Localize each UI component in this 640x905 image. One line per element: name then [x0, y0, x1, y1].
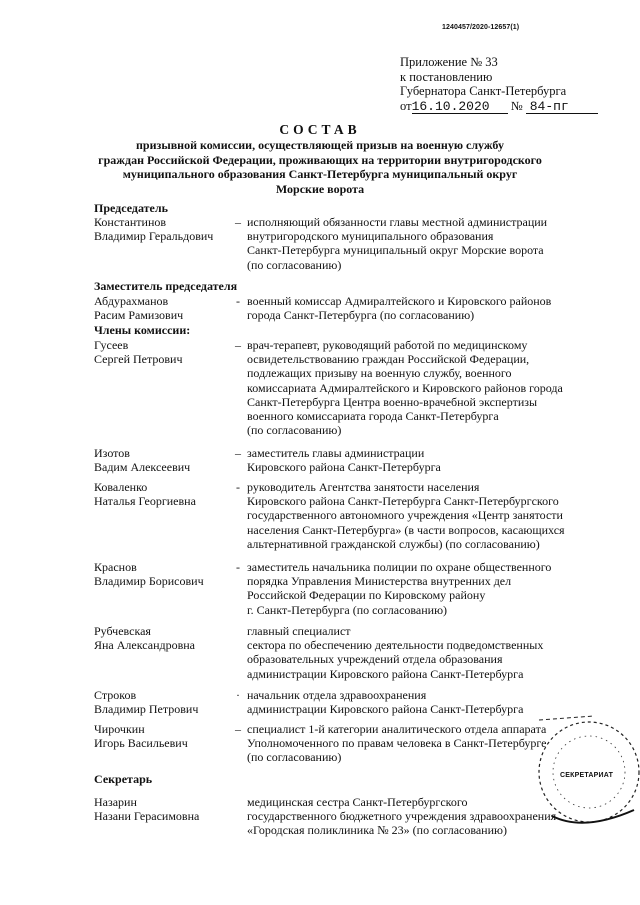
- position-line: освидетельствованию граждан Российской Ф…: [247, 352, 607, 366]
- appendix-reference: к постановлению: [400, 70, 598, 85]
- member-name: Рубчевская Яна Александровна: [94, 624, 234, 652]
- member-given-name: Сергей Петрович: [94, 352, 234, 366]
- section-deputy: Заместитель председателя: [94, 279, 237, 294]
- position-line: внутригородского муниципального образова…: [247, 229, 607, 243]
- member-position: главный специалист сектора по обеспечени…: [247, 624, 607, 681]
- member-position: руководитель Агентства занятости населен…: [247, 480, 607, 551]
- member-surname: Абдурахманов: [94, 294, 234, 308]
- document-id: 1240457/2020-12657(1): [442, 24, 519, 31]
- title-line-2: граждан Российской Федерации, проживающи…: [90, 153, 550, 168]
- position-line: исполняющий обязанности главы местной ад…: [247, 215, 607, 229]
- position-line: военного комиссариата города Санкт-Петер…: [247, 409, 607, 423]
- appendix-date-line: от16.10.2020 № 84-пг: [400, 99, 598, 114]
- member-position: военный комиссар Адмиралтейского и Киров…: [247, 294, 607, 322]
- position-line: Кировского района Санкт-Петербурга: [247, 460, 607, 474]
- position-line: Санкт-Петербурга Центра военно-врачебной…: [247, 395, 607, 409]
- dash-separator: -: [234, 294, 242, 308]
- dash-separator: –: [234, 722, 242, 736]
- member-name: Краснов Владимир Борисович: [94, 560, 234, 588]
- document-page: 1240457/2020-12657(1) Приложение № 33 к …: [0, 0, 640, 905]
- title-line-4: Морские ворота: [90, 182, 550, 197]
- seal-stamp-icon: [534, 712, 640, 830]
- position-line: администрации Кировского района Санкт-Пе…: [247, 667, 607, 681]
- position-line: Санкт-Петербурга муниципальный округ Мор…: [247, 243, 607, 257]
- member-given-name: Игорь Васильевич: [94, 736, 234, 750]
- position-line: Кировского района Санкт-Петербурга Санкт…: [247, 494, 607, 508]
- member-position: заместитель начальника полиции по охране…: [247, 560, 607, 617]
- member-surname: Чирочкин: [94, 722, 234, 736]
- member-surname: Константинов: [94, 215, 234, 229]
- member-surname: Гусеев: [94, 338, 234, 352]
- position-line: государственного автономного учреждения …: [247, 508, 607, 522]
- member-position: исполняющий обязанности главы местной ад…: [247, 215, 607, 272]
- dash-separator: -: [234, 560, 242, 574]
- dash-separator: -: [234, 480, 242, 494]
- position-line: альтернативной гражданской службы) (по с…: [247, 537, 607, 551]
- member-given-name: Владимир Петрович: [94, 702, 234, 716]
- appendix-authority: Губернатора Санкт-Петербурга: [400, 84, 598, 99]
- position-line: начальник отдела здравоохранения: [247, 688, 607, 702]
- position-line: порядка Управления Министерства внутренн…: [247, 574, 607, 588]
- position-line: образовательных учреждений отдела образо…: [247, 652, 607, 666]
- date-prefix: от: [400, 99, 412, 113]
- member-given-name: Владимир Геральдович: [94, 229, 234, 243]
- dash-separator: ·: [234, 688, 242, 702]
- member-name: Константинов Владимир Геральдович: [94, 215, 234, 243]
- member-given-name: Назани Герасимовна: [94, 809, 234, 823]
- member-given-name: Вадим Алексеевич: [94, 460, 234, 474]
- position-line: (по согласованию): [247, 258, 607, 272]
- position-line: города Санкт-Петербурга (по согласованию…: [247, 308, 607, 322]
- position-line: сектора по обеспечению деятельности подв…: [247, 638, 607, 652]
- position-line: врач-терапевт, руководящий работой по ме…: [247, 338, 607, 352]
- member-surname: Краснов: [94, 560, 234, 574]
- member-surname: Строков: [94, 688, 234, 702]
- position-line: заместитель главы администрации: [247, 446, 607, 460]
- member-surname: Изотов: [94, 446, 234, 460]
- member-position: врач-терапевт, руководящий работой по ме…: [247, 338, 607, 437]
- member-surname: Рубчевская: [94, 624, 234, 638]
- position-line: Российской Федерации по Кировскому район…: [247, 588, 607, 602]
- member-name: Абдурахманов Расим Рамизович: [94, 294, 234, 322]
- title-main: СОСТАВ: [90, 121, 550, 138]
- member-name: Строков Владимир Петрович: [94, 688, 234, 716]
- position-line: военный комиссар Адмиралтейского и Киров…: [247, 294, 607, 308]
- member-name: Назарин Назани Герасимовна: [94, 795, 234, 823]
- member-name: Коваленко Наталья Георгиевна: [94, 480, 234, 508]
- section-chairman: Председатель: [94, 201, 168, 216]
- title-line-3: муниципального образования Санкт-Петербу…: [90, 167, 550, 182]
- number-prefix: №: [511, 99, 523, 113]
- stamp-label: СЕКРЕТАРИАТ: [560, 772, 613, 779]
- member-surname: Коваленко: [94, 480, 234, 494]
- position-line: руководитель Агентства занятости населен…: [247, 480, 607, 494]
- title-line-1: призывной комиссии, осуществляющей призы…: [90, 138, 550, 153]
- appendix-number: Приложение № 33: [400, 55, 598, 70]
- section-members: Члены комиссии:: [94, 323, 190, 338]
- member-position: заместитель главы администрации Кировско…: [247, 446, 607, 474]
- position-line: комиссариата Адмиралтейского и Кировског…: [247, 381, 607, 395]
- member-given-name: Владимир Борисович: [94, 574, 234, 588]
- member-given-name: Наталья Георгиевна: [94, 494, 234, 508]
- member-name: Изотов Вадим Алексеевич: [94, 446, 234, 474]
- dash-separator: –: [234, 446, 242, 460]
- decree-number: 84-пг: [526, 101, 598, 114]
- member-given-name: Расим Рамизович: [94, 308, 234, 322]
- member-name: Гусеев Сергей Петрович: [94, 338, 234, 366]
- position-line: (по согласованию): [247, 423, 607, 437]
- position-line: главный специалист: [247, 624, 607, 638]
- position-line: подлежащих призыву на военную службу, во…: [247, 366, 607, 380]
- section-secretary: Секретарь: [94, 772, 152, 787]
- decree-date: 16.10.2020: [412, 101, 508, 114]
- dash-separator: –: [234, 338, 242, 352]
- document-title: СОСТАВ призывной комиссии, осуществляюще…: [90, 121, 550, 196]
- dash-separator: –: [234, 215, 242, 229]
- member-surname: Назарин: [94, 795, 234, 809]
- appendix-header: Приложение № 33 к постановлению Губернат…: [400, 55, 598, 114]
- position-line: заместитель начальника полиции по охране…: [247, 560, 607, 574]
- member-given-name: Яна Александровна: [94, 638, 234, 652]
- position-line: населения Санкт-Петербурга» (в части воп…: [247, 523, 607, 537]
- position-line: г. Санкт-Петербурга (по согласованию): [247, 603, 607, 617]
- member-name: Чирочкин Игорь Васильевич: [94, 722, 234, 750]
